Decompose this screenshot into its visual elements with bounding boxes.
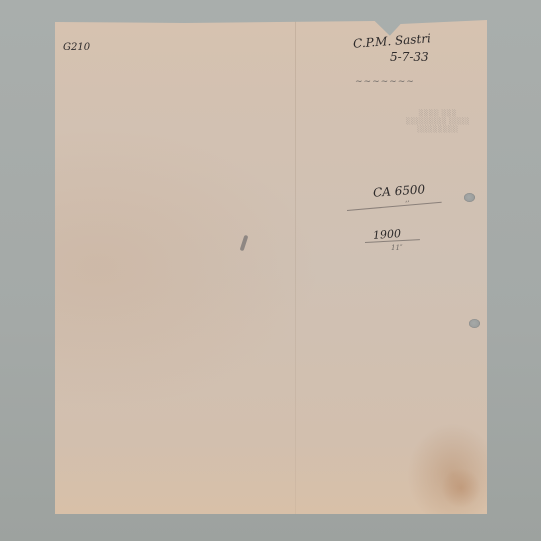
stamp-line-2: ░░░░░░░░ ░░░░ bbox=[383, 118, 493, 126]
center-fold-line bbox=[295, 20, 296, 514]
squiggle-scribble: ∼∼∼∼∼∼∼ bbox=[355, 77, 415, 87]
pencil-mark bbox=[240, 235, 249, 251]
catalog-code: CA 6500 bbox=[373, 182, 426, 200]
corner-reference-note: G210 bbox=[63, 42, 90, 53]
price-note-sub: 11″ bbox=[391, 244, 403, 252]
paper-sheet: G210 C.P.M. Sastri 5-7-33 ∼∼∼∼∼∼∼ ░░░░ ░… bbox=[55, 20, 487, 514]
stamp-line-1: ░░░░ ░░░ bbox=[383, 110, 493, 118]
stamp-line-3: ░░░░░░░░ bbox=[383, 126, 493, 134]
punch-hole-bottom bbox=[469, 319, 480, 328]
corner-stain bbox=[441, 468, 481, 508]
punch-hole-top bbox=[464, 193, 475, 202]
signature-date: 5-7-33 bbox=[390, 50, 429, 64]
catalog-underline bbox=[347, 202, 442, 211]
signature-name: C.P.M. Sastri bbox=[353, 31, 432, 50]
faded-stamp: ░░░░ ░░░ ░░░░░░░░ ░░░░ ░░░░░░░░ bbox=[383, 110, 493, 134]
